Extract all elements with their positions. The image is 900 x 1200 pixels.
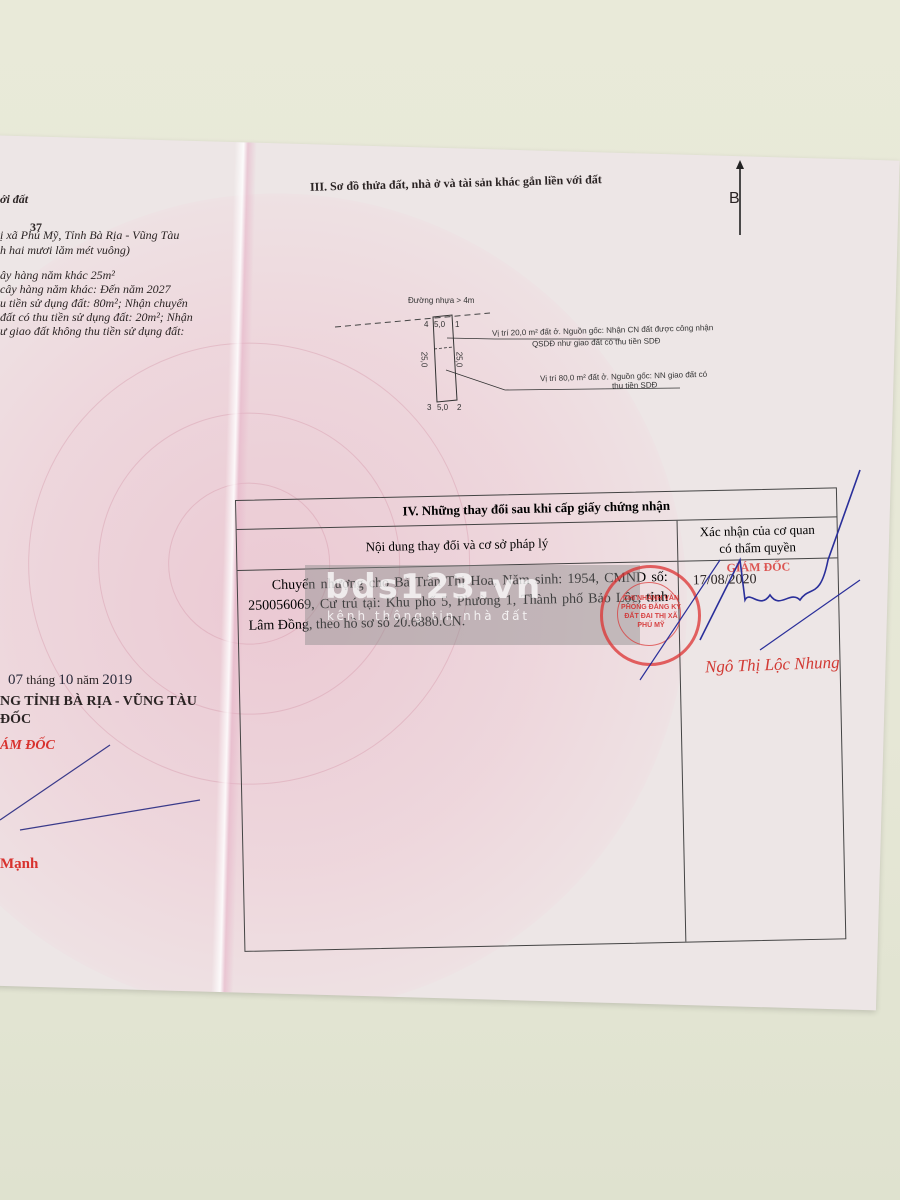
signature-strokes — [0, 0, 900, 1200]
